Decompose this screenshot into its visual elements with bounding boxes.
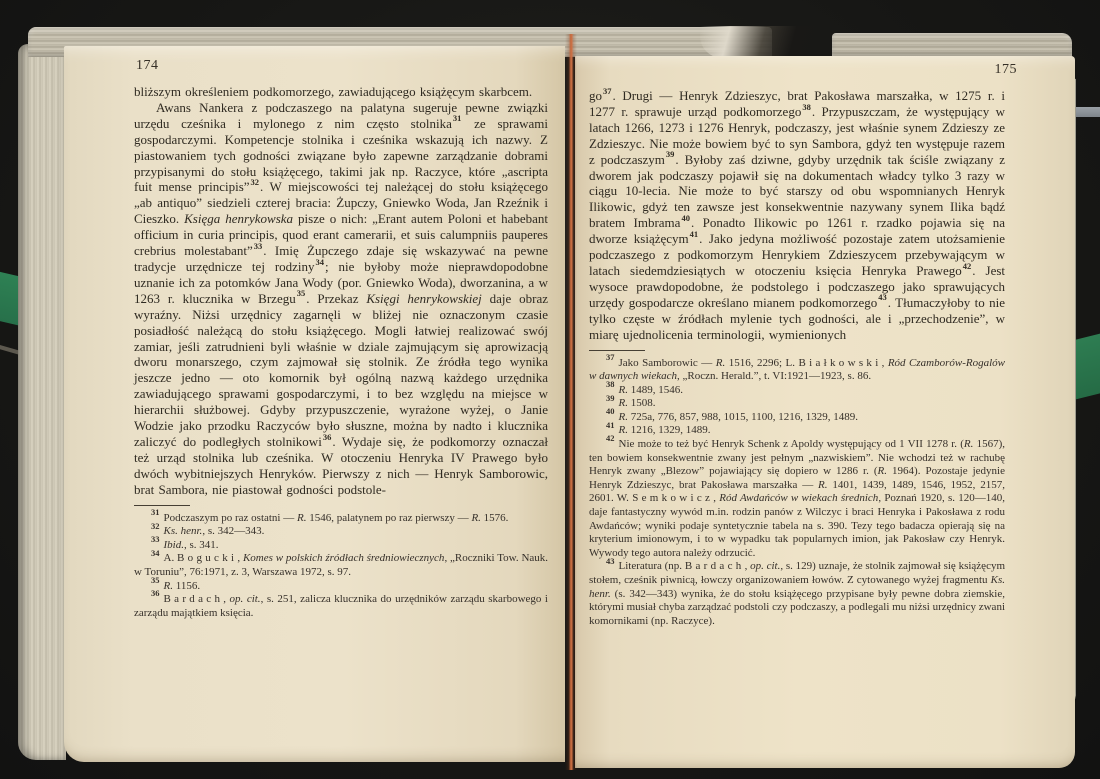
footnote: 39R. 1508. (589, 397, 1005, 411)
footnotes: 37Jako Samborowic — R. 1516, 2296; L. Bi… (589, 357, 1005, 629)
footnote: 31Podczaszym po raz ostatni — R. 1546, p… (134, 512, 548, 526)
footnote: 34A. Bogucki, Komes w polskich źródłach … (134, 552, 548, 579)
body-text: bliższym określeniem podkomorzego, zawia… (134, 84, 548, 498)
footnote-marker: 42 (606, 433, 615, 443)
page-175-content: go37. Drugi — Henryk Zdzieszyc, brat Pak… (589, 88, 1005, 628)
footnote-text: R. 1489, 1546. (619, 384, 683, 396)
body-text: go37. Drugi — Henryk Zdzieszyc, brat Pak… (589, 88, 1005, 343)
footnote-text: A. Bogucki, Komes w polskich źródłach śr… (134, 552, 548, 578)
footnotes: 31Podczaszym po raz ostatni — R. 1546, p… (134, 512, 548, 621)
book-gutter (565, 34, 577, 770)
footnote-marker: 37 (606, 352, 615, 362)
page-top-edge-right (832, 33, 1072, 57)
footnote: 35R. 1156. (134, 580, 548, 594)
page-174-content: bliższym określeniem podkomorzego, zawia… (134, 84, 548, 620)
page-top-curl (700, 26, 830, 58)
footnote-text: Ks. henr., s. 342—343. (164, 525, 265, 537)
footnote-marker: 33 (151, 534, 160, 544)
footnote-text: Podczaszym po raz ostatni — R. 1546, pal… (164, 512, 509, 524)
page-174: 174 bliższym określeniem podkomorzego, z… (64, 46, 565, 762)
footnote: 32Ks. henr., s. 342—343. (134, 525, 548, 539)
paragraph: Awans Nankera z podczaszego na palatyna … (134, 100, 548, 498)
footnote-marker: 35 (151, 575, 160, 585)
footnote-text: Jako Samborowic — R. 1516, 2296; L. Biał… (589, 357, 1005, 383)
footnote: 41R. 1216, 1329, 1489. (589, 424, 1005, 438)
footnote-text: Ibid., s. 341. (164, 539, 219, 551)
footnote: 36Bardach, op. cit., s. 251, zalicza klu… (134, 593, 548, 620)
footnote-text: Literatura (np. Bardach, op. cit., s. 12… (589, 560, 1005, 626)
paragraph: bliższym określeniem podkomorzego, zawia… (134, 84, 548, 100)
footnote-text: Nie może to też być Henryk Schenk z Apol… (589, 438, 1005, 559)
page-number: 174 (136, 58, 159, 74)
footnote-marker: 31 (151, 507, 160, 517)
page-edge-stack-left (18, 44, 66, 760)
page-number: 175 (995, 62, 1018, 78)
footnote-rule (589, 350, 645, 351)
footnote-text: Bardach, op. cit., s. 251, zalicza klucz… (134, 593, 548, 619)
footnote-marker: 43 (606, 556, 615, 566)
paragraph-text: go37. Drugi — Henryk Zdzieszyc, brat Pak… (589, 88, 1005, 342)
footnote-marker: 40 (606, 406, 615, 416)
footnote-marker: 39 (606, 393, 615, 403)
footnote: 43Literatura (np. Bardach, op. cit., s. … (589, 560, 1005, 628)
page-175: 175 go37. Drugi — Henryk Zdzieszyc, brat… (575, 56, 1075, 768)
footnote: 42Nie może to też być Henryk Schenk z Ap… (589, 438, 1005, 560)
footnote: 37Jako Samborowic — R. 1516, 2296; L. Bi… (589, 357, 1005, 384)
footnote-text: R. 1216, 1329, 1489. (619, 424, 711, 436)
footnote: 33Ibid., s. 341. (134, 539, 548, 553)
footnote-text: R. 1508. (619, 397, 656, 409)
footnote-marker: 41 (606, 420, 615, 430)
footnote: 40R. 725a, 776, 857, 988, 1015, 1100, 12… (589, 411, 1005, 425)
footnote-marker: 36 (151, 588, 160, 598)
footnote-marker: 32 (151, 521, 160, 531)
open-book-photo: 174 bliższym określeniem podkomorzego, z… (0, 0, 1100, 779)
footnote-marker: 34 (151, 548, 160, 558)
paragraph: go37. Drugi — Henryk Zdzieszyc, brat Pak… (589, 88, 1005, 343)
paragraph-text: Awans Nankera z podczaszego na palatyna … (134, 100, 548, 497)
footnote: 38R. 1489, 1546. (589, 384, 1005, 398)
footnote-marker: 38 (606, 379, 615, 389)
footnote-rule (134, 505, 190, 506)
paragraph-text: bliższym określeniem podkomorzego, zawia… (134, 84, 532, 99)
footnote-text: R. 725a, 776, 857, 988, 1015, 1100, 1216… (619, 411, 858, 423)
footnote-text: R. 1156. (164, 580, 201, 592)
